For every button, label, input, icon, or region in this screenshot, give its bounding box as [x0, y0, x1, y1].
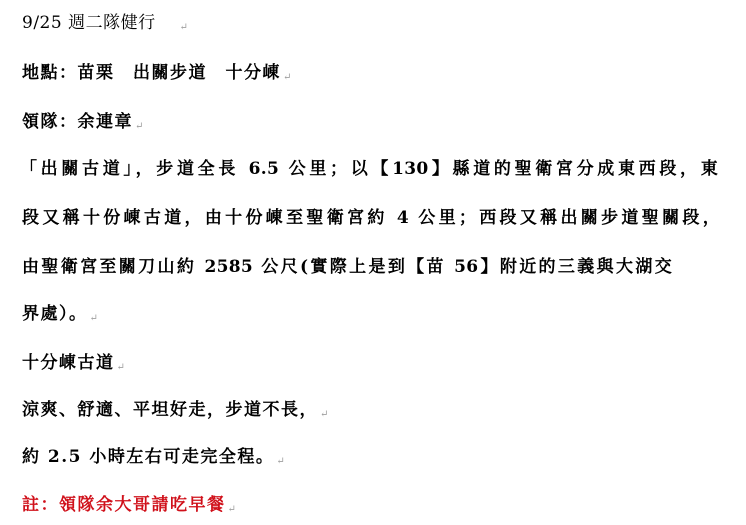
paragraph-mark-icon: ↵	[320, 409, 328, 420]
description-line-3: 由聖衛宮至關刀山約 2585 公尺(實際上是到【苗 56】附近的三義與大湖交	[22, 256, 672, 278]
description-text-1: 「出關古道」，步道全長 6.5 公里；以【130】縣道的聖衛宮分成東西段，東	[20, 158, 718, 180]
location-line: 地點：苗栗 出關步道 十分崠↵	[22, 62, 291, 89]
section-heading-text: 十分崠古道	[22, 353, 115, 373]
description-text-4: 界處）。	[22, 304, 88, 324]
paragraph-mark-icon: ↵	[90, 313, 98, 324]
location-text: 地點：苗栗 出關步道 十分崠	[22, 63, 281, 83]
description-line-2: 段又稱十份崠古道，由十份崠至聖衛宮約 4 公里；西段又稱出關步道聖關段，	[22, 207, 720, 229]
note-text: 註：領隊余大哥請吃早餐	[22, 495, 226, 515]
title-text: 9/25 週二隊健行	[22, 13, 156, 33]
description-text-3: 由聖衛宮至關刀山約 2585 公尺(實際上是到【苗 56】附近的三義與大湖交	[22, 256, 672, 278]
paragraph-mark-icon: ↵	[283, 72, 291, 83]
paragraph-mark-icon: ↵	[228, 504, 236, 515]
section-heading: 十分崠古道↵	[22, 352, 125, 379]
duration-line: 約 2.5 小時左右可走完全程。↵	[22, 446, 285, 473]
paragraph-mark-icon: ↵	[135, 121, 143, 132]
leader-text: 領隊：余連章	[22, 112, 133, 132]
paragraph-mark-icon: ↵	[117, 362, 125, 373]
features-line: 涼爽、舒適、平坦好走，步道不長，↵	[22, 399, 328, 426]
note-line: 註：領隊余大哥請吃早餐↵	[22, 494, 236, 521]
paragraph-mark-icon: ↵	[180, 22, 188, 33]
leader-line: 領隊：余連章↵	[22, 111, 143, 138]
paragraph-mark-icon: ↵	[276, 456, 284, 467]
description-line-4: 界處）。↵	[22, 303, 98, 330]
duration-text: 約 2.5 小時左右可走完全程。	[22, 447, 274, 467]
document-title: 9/25 週二隊健行 ↵	[22, 12, 188, 39]
description-text-2: 段又稱十份崠古道，由十份崠至聖衛宮約 4 公里；西段又稱出關步道聖關段，	[22, 207, 720, 229]
features-text: 涼爽、舒適、平坦好走，步道不長，	[22, 400, 318, 420]
description-line-1: 「出關古道」，步道全長 6.5 公里；以【130】縣道的聖衛宮分成東西段，東	[20, 158, 718, 180]
